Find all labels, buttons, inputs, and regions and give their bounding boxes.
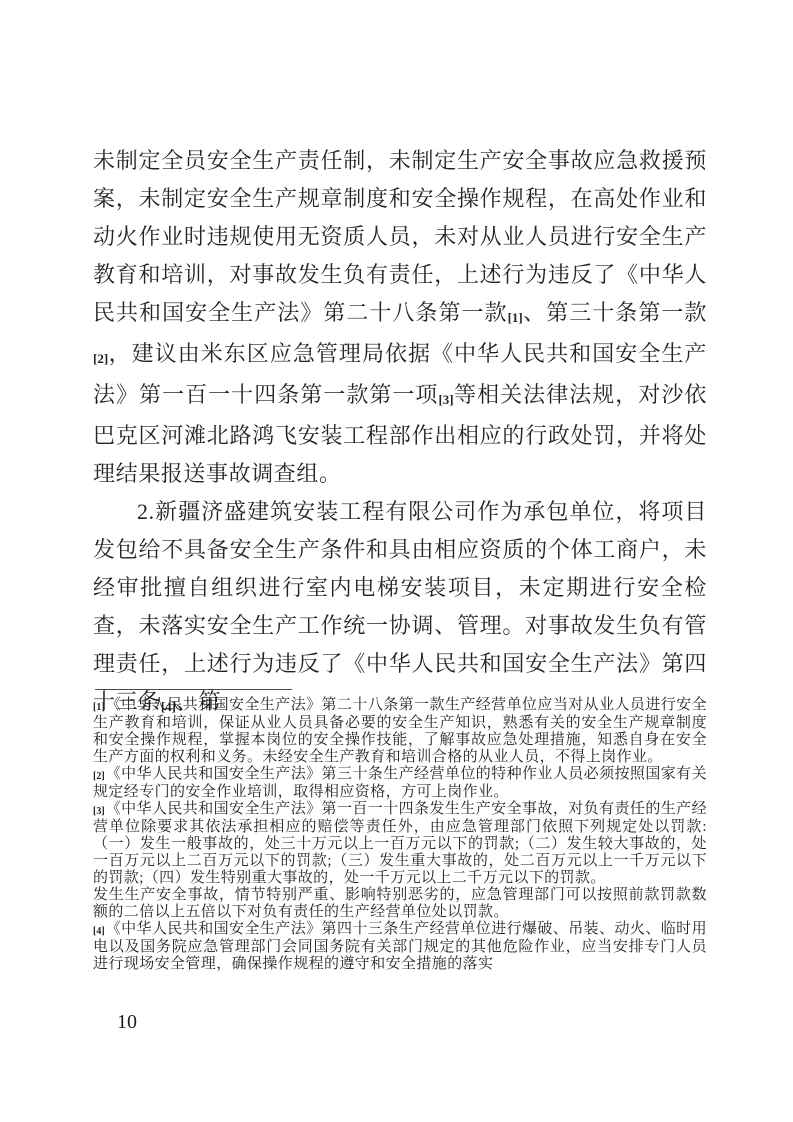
footnotes-section: [1]《中华人民共和国安全生产法》第二十八条第一款生产经营单位应当对从业人员进行… [93,697,707,973]
document-page: 未制定全员安全生产责任制，未制定生产安全事故应急救援预案，未制定安全生产规章制度… [0,0,793,1122]
footnote-ref: [3] [438,392,453,407]
footnote-ref: [2] [93,351,108,366]
footnote-item: [1]《中华人民共和国安全生产法》第二十八条第一款生产经营单位应当对从业人员进行… [93,697,707,766]
footnote-marker: [3] [93,806,106,817]
main-text-block: 未制定全员安全生产责任制，未制定生产安全事故应急救援预案，未制定安全生产规章制度… [93,142,707,724]
footnote-item: [4]《中华人民共和国安全生产法》第四十三条生产经营单位进行爆破、吊装、动火、临… [93,921,707,973]
footnote-marker: [1] [93,702,106,713]
footnote-separator [95,689,292,690]
page-number: 10 [117,1010,137,1034]
footnote-marker: [2] [93,771,106,782]
footnote-item: [2]《中华人民共和国安全生产法》第三十条生产经营单位的特种作业人员必须按照国家… [93,766,707,801]
footnote-ref: [1] [508,310,523,325]
footnote-item: 发生生产安全事故，情节特别严重、影响特别恶劣的，应急管理部门可以按照前款罚款数额… [93,887,707,921]
body-paragraph: 未制定全员安全生产责任制，未制定生产安全事故应急救援预案，未制定安全生产规章制度… [93,142,707,493]
footnote-item: [3]《中华人民共和国安全生产法》第一百一十四条发生生产安全事故，对负有责任的生… [93,801,707,887]
footnote-marker: [4] [93,926,106,937]
